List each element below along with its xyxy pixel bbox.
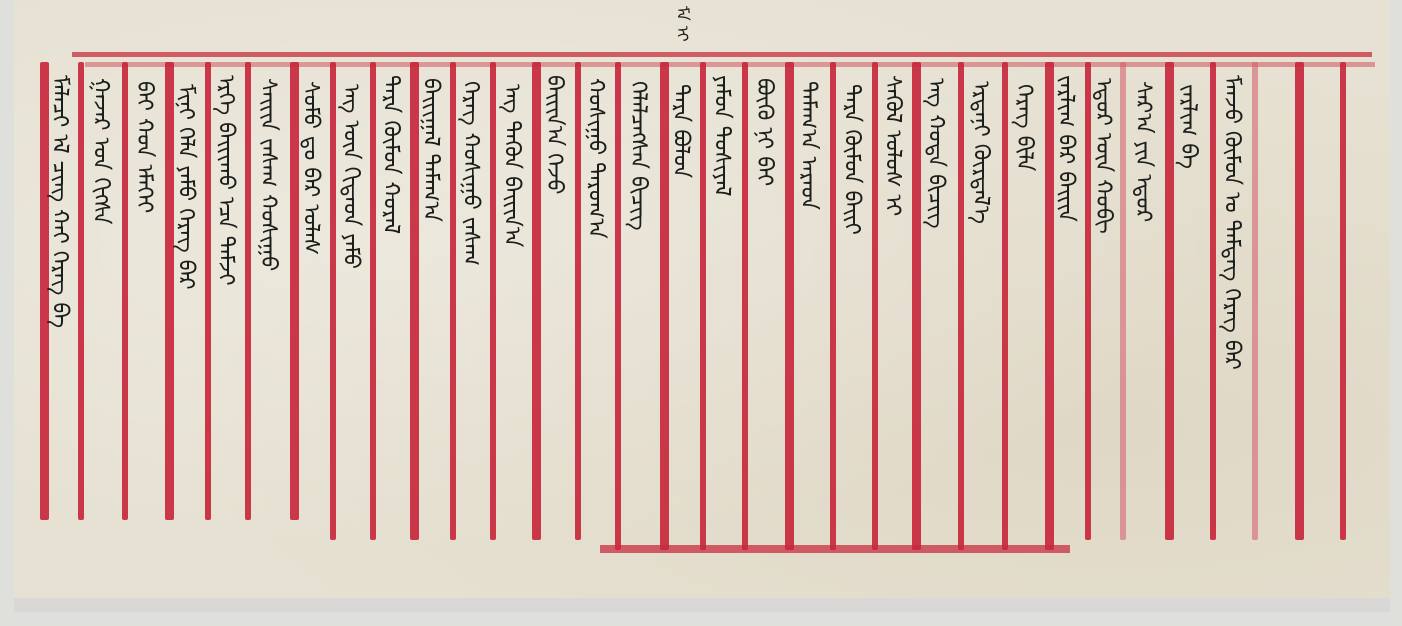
script-column: ᠡᠩ ᠬᠤᠲᠠ ᠪᠢᠴᠢᠭ <box>924 78 946 229</box>
paper-edge <box>14 598 1390 612</box>
column-rule <box>615 62 621 550</box>
script-column: ᠰᠡᠭᠦᠯ ᠤᠯᠤᠰ ᠢ <box>881 75 903 216</box>
script-column: ᠵᠠᠷᠯᠢᠭ ᠪᠠᠷ ᠪᠠᠢᠢᠨ <box>1054 75 1076 222</box>
script-column: ᠲᠡᠷᠡ ᠬᠦᠮᠦᠨ ᠬᠤᠷᠠᠯ <box>379 75 401 234</box>
script-column: ᠰᠠᠷ᠎ᠠ ᠶᠢᠨ ᠡᠳᠦᠷ <box>1132 81 1154 222</box>
column-rule <box>912 62 921 550</box>
column-rule <box>1120 62 1126 540</box>
column-rule <box>78 62 84 520</box>
script-column: ᠪᠠᠢᠢᠭᠠᠯ ᠲᠠᠮᠠᠭ᠎ᠠ <box>419 78 441 222</box>
script-column: ᠡᠷᠬᠡ ᠪᠠᠢᠢᠬᠤ ᠡᠴᠡ ᠳᠠᠮᠵᠢ <box>214 75 236 286</box>
column-rule <box>1210 62 1216 540</box>
script-column: ᠮᠢᠨᠢ ᠬᠡᠯᠡ ᠶᠠᠮᠤ ᠬᠡᠷᠡᠭ ᠪᠡᠷ <box>174 84 196 290</box>
script-column: ᠡᠩ ᠦᠨ ᠬᠢᠲᠠᠳ ᠶᠠᠮᠤ <box>339 84 361 269</box>
script-column: ᠡᠩ ᠲᠡᠭᠦᠨ ᠪᠠᠢᠢᠨ᠎ᠠ <box>500 84 522 247</box>
script-column: ᠶᠠᠮᠤᠨ ᠲᠤᠰᠢᠶᠠᠯ <box>710 75 732 196</box>
script-column: ᠡᠳᠦᠷ ᠦᠨ ᠬᠤᠪᠢ <box>1092 78 1114 234</box>
column-rule <box>1165 62 1174 540</box>
script-column: ᠭᠠᠵᠠᠷ ᠤᠨ ᠬᠢᠭᠰᠡ <box>89 78 111 225</box>
column-rule <box>742 62 748 550</box>
column-rule <box>958 62 964 550</box>
column-rule <box>490 62 496 540</box>
column-rule <box>370 62 376 540</box>
script-column: ᠬᠡᠯᠡᠯᠴᠡᠭᠰᠡᠨ ᠪᠢᠴᠢᠭ <box>627 81 649 231</box>
column-rule <box>450 62 456 540</box>
script-column: ᠡᠷᠳᠡᠨᠢ ᠬᠦᠷᠲᠡᠯ᠎ᠡ <box>969 81 991 224</box>
top-marginal-note: ᠮᠡ ᠢ <box>668 6 696 42</box>
column-rule <box>205 62 211 520</box>
column-rule <box>575 62 581 540</box>
column-rule <box>1252 62 1258 540</box>
script-column: ᠪᠦᠬᠦ ᠨᠢ ᠪᠠᠢ <box>753 78 775 186</box>
script-column: ᠬᠡᠷᠡᠭ ᠬᠤᠰᠢᠭᠤ ᠵᠠᠰᠠᠭ <box>459 81 481 266</box>
top-ruling-line-secondary <box>85 62 1375 67</box>
column-rule <box>785 62 794 550</box>
script-column: ᠪᠠᠢᠢᠨ᠎ᠠ ᠭᠡᠵᠦ <box>543 75 565 194</box>
script-column: ᠲᠡᠷᠡ ᠪᠤᠯᠤᠨ <box>669 84 691 178</box>
top-ruling-line <box>72 52 1372 57</box>
script-column: ᠮᠠᠨᠵᠤ ᠬᠦᠮᠦᠨ ᠤ ᠲᠡᠮᠳᠡᠭ ᠬᠡᠷᠡᠭ ᠪᠡᠷ <box>1220 75 1242 370</box>
column-rule <box>532 62 541 540</box>
script-column: ᠬᠤᠰᠢᠭᠤ ᠳᠠᠷᠤᠭ᠎ᠠ <box>584 78 606 239</box>
script-column: ᠪᠠᠢ ᠬᠤᠨ ᠡᠮᠡᠭᠡᠢ <box>133 81 155 213</box>
column-rule <box>700 62 706 550</box>
script-column: ᠬᠡᠷᠡᠭ ᠪᠢᠯᠡ <box>1013 84 1035 171</box>
column-rule <box>1295 62 1304 540</box>
column-rule <box>245 62 251 520</box>
column-rule <box>330 62 336 540</box>
column-rule <box>830 62 836 550</box>
column-rule <box>122 62 128 520</box>
script-column: ᠵᠠᠷᠯᠢᠭ ᠪᠠ <box>1177 84 1199 169</box>
script-column: ᠲᠡᠷᠡ ᠬᠦᠮᠦᠨ ᠪᠠᠢᠢ <box>840 84 862 235</box>
column-rule <box>1002 62 1008 550</box>
script-column: ᠲᠠᠮᠠᠭ᠎ᠠ ᠠᠷᠠᠳ <box>797 81 819 210</box>
column-rule <box>872 62 878 550</box>
script-column: ᠮᠠᠯᠠᠴᠢ ᠡᠯ ᠴᠢᠩ ᠬᠠᠢ ᠬᠡᠷᠡᠭ ᠪᠠ <box>48 75 70 328</box>
script-column: ᠰᠠᠢᠢᠨ ᠵᠠᠰᠠᠭ ᠬᠤᠰᠢᠭᠤ <box>257 78 279 271</box>
column-rule <box>1340 62 1346 540</box>
script-column: ᠰᠤᠮᠤ ᠳᠤ ᠪᠠᠷ ᠤᠯᠠᠰ <box>299 81 321 255</box>
